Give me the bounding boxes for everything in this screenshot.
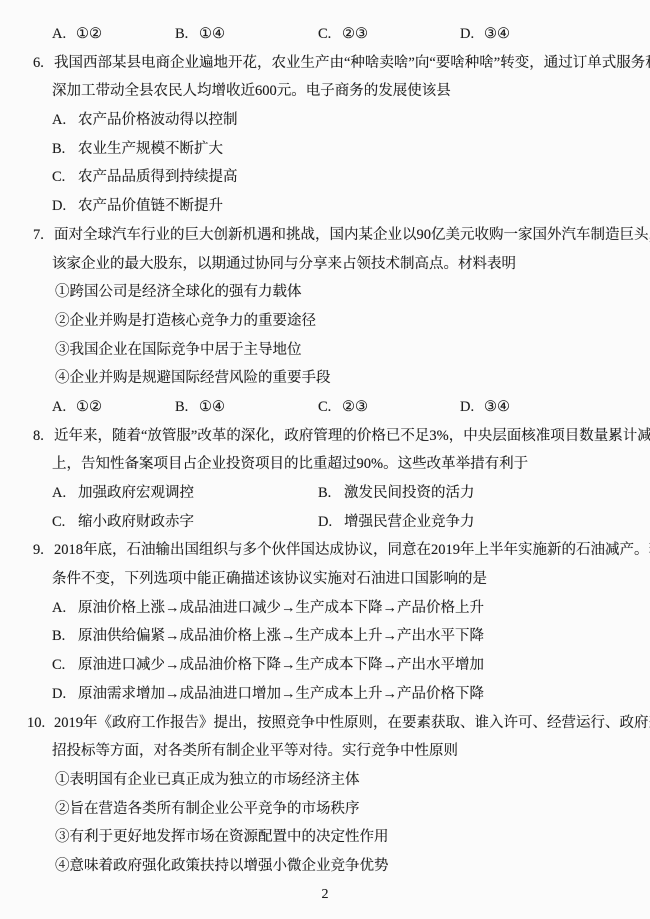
choice-value: ②③	[342, 26, 368, 42]
option-text: 加强政府宏观调控	[78, 485, 194, 501]
option-label: B.	[52, 135, 78, 164]
question-7-stem-line-1: 7.面对全球汽车行业的巨大创新机遇和挑战，国内某企业以90亿美元收购一家国外汽车…	[0, 221, 650, 250]
statement-text: ③有利于更好地发挥市场在资源配置中的决定性作用	[55, 829, 389, 845]
option-text: 农产品价格波动得以控制	[78, 112, 238, 128]
option-text: 原油价格上涨→成品油进口减少→生产成本下降→产品价格上升	[78, 600, 484, 616]
question-10-statement-4: ④意味着政府强化政策扶持以增强小微企业竞争优势	[0, 852, 650, 881]
question-7-statement-3: ③我国企业在国际竞争中居于主导地位	[0, 336, 650, 365]
question-10-number: 10.	[27, 709, 54, 738]
choice-value: ①②	[76, 26, 102, 42]
option-text: 农产品品质得到持续提高	[78, 169, 238, 185]
option-label: A.	[52, 594, 78, 623]
question-6-option-d: D.农产品价值链不断提升	[0, 192, 650, 221]
option-text: 原油进口减少→成品油价格下降→生产成本下降→产出水平增加	[78, 657, 484, 673]
question-8-stem-line-2: 上，告知性备案项目占企业投资项目的比重超过90%。这些改革举措有利于	[0, 450, 650, 479]
answer-choice-a: A.①②	[52, 20, 102, 49]
question-6-option-b: B.农业生产规模不断扩大	[0, 135, 650, 164]
question-8-option-c: C.缩小政府财政赤字	[52, 508, 194, 537]
answer-choice-c: C.②③	[318, 393, 368, 422]
answer-choice-b: B.①④	[175, 20, 225, 49]
question-7-stem-line-2: 该家企业的最大股东，以期通过协同与分享来占领技术制高点。材料表明	[0, 250, 650, 279]
question-7-statement-2: ②企业并购是打造核心竞争力的重要途径	[0, 307, 650, 336]
question-6-option-a: A.农产品价格波动得以控制	[0, 106, 650, 135]
question-10-stem-text: 招投标等方面，对各类所有制企业平等对待。实行竞争中性原则	[52, 743, 458, 759]
page-number: 2	[0, 883, 650, 907]
option-label: A.	[52, 106, 78, 135]
question-7-stem-text: 该家企业的最大股东，以期通过协同与分享来占领技术制高点。材料表明	[52, 256, 516, 272]
question-6-option-c: C.农产品品质得到持续提高	[0, 163, 650, 192]
choice-value: ③④	[484, 26, 510, 42]
question-6-number: 6.	[33, 49, 54, 78]
statement-text: ①表明国有企业已真正成为独立的市场经济主体	[55, 772, 360, 788]
option-label: B.	[52, 622, 78, 651]
choice-label: C.	[318, 393, 342, 422]
choice-value: ①②	[76, 399, 102, 415]
statement-text: ①跨国公司是经济全球化的强有力载体	[55, 284, 302, 300]
question-8-options-row-1: A.加强政府宏观调控 B.激发民间投资的活力	[0, 479, 650, 508]
choice-label: B.	[175, 20, 199, 49]
question-7-statement-1: ①跨国公司是经济全球化的强有力载体	[0, 278, 650, 307]
question-7-stem-text: 面对全球汽车行业的巨大创新机遇和挑战，国内某企业以90亿美元收购一家国外汽车制造…	[54, 227, 650, 243]
question-7-number: 7.	[33, 221, 54, 250]
option-label: A.	[52, 479, 78, 508]
question-6-stem-line-2: 深加工带动全县农民人均增收近600元。电子商务的发展使该县	[0, 77, 650, 106]
statement-text: ②旨在营造各类所有制企业公平竞争的市场秩序	[55, 801, 360, 817]
question-9-stem-line-2: 条件不变，下列选项中能正确描述该协议实施对石油进口国影响的是	[0, 565, 650, 594]
question-8-stem-text: 近年来，随着“放管服”改革的深化，政府管理的价格已不足3%，中央层面核准项目数量…	[54, 428, 650, 444]
option-text: 激发民间投资的活力	[344, 485, 475, 501]
statement-text: ④意味着政府强化政策扶持以增强小微企业竞争优势	[55, 858, 389, 874]
question-6-stem-text: 深加工带动全县农民人均增收近600元。电子商务的发展使该县	[52, 83, 451, 99]
question-9-stem-text: 条件不变，下列选项中能正确描述该协议实施对石油进口国影响的是	[52, 571, 487, 587]
choice-label: D.	[460, 20, 484, 49]
question-8-number: 8.	[33, 422, 54, 451]
question-10-statement-3: ③有利于更好地发挥市场在资源配置中的决定性作用	[0, 823, 650, 852]
option-label: C.	[52, 508, 78, 537]
choice-label: D.	[460, 393, 484, 422]
option-text: 缩小政府财政赤字	[78, 514, 194, 530]
statement-text: ③我国企业在国际竞争中居于主导地位	[55, 342, 302, 358]
question-9-stem-text: 2018年底，石油输出国组织与多个伙伴国达成协议，同意在2019年上半年实施新的…	[54, 542, 650, 558]
choice-label: C.	[318, 20, 342, 49]
choice-label: A.	[52, 393, 76, 422]
option-text: 原油供给偏紧→成品油价格上涨→生产成本上升→产出水平下降	[78, 628, 484, 644]
answer-choice-d: D.③④	[460, 393, 510, 422]
statement-text: ④企业并购是规避国际经营风险的重要手段	[55, 370, 331, 386]
answer-choice-c: C.②③	[318, 20, 368, 49]
answer-choice-d: D.③④	[460, 20, 510, 49]
option-text: 农业生产规模不断扩大	[78, 141, 223, 157]
question-10-stem-line-1: 10.2019年《政府工作报告》提出，按照竞争中性原则，在要素获取、谁入许可、经…	[0, 709, 650, 738]
question-10-stem-text: 2019年《政府工作报告》提出，按照竞争中性原则，在要素获取、谁入许可、经营运行…	[54, 715, 650, 731]
option-label: C.	[52, 651, 78, 680]
question-10-stem-line-2: 招投标等方面，对各类所有制企业平等对待。实行竞争中性原则	[0, 737, 650, 766]
statement-text: ②企业并购是打造核心竞争力的重要途径	[55, 313, 316, 329]
choice-value: ①④	[199, 399, 225, 415]
option-label: D.	[318, 508, 344, 537]
option-label: D.	[52, 192, 78, 221]
question-8-stem-text: 上，告知性备案项目占企业投资项目的比重超过90%。这些改革举措有利于	[52, 456, 528, 472]
question-8-option-d: D.增强民营企业竞争力	[318, 508, 475, 537]
choice-value: ①④	[199, 26, 225, 42]
choice-value: ③④	[484, 399, 510, 415]
question-9-stem-line-1: 9.2018年底，石油输出国组织与多个伙伴国达成协议，同意在2019年上半年实施…	[0, 536, 650, 565]
question-10-statement-2: ②旨在营造各类所有制企业公平竞争的市场秩序	[0, 795, 650, 824]
option-label: C.	[52, 163, 78, 192]
answer-choice-a: A.①②	[52, 393, 102, 422]
question-10-statement-1: ①表明国有企业已真正成为独立的市场经济主体	[0, 766, 650, 795]
question-8-options-row-2: C.缩小政府财政赤字 D.增强民营企业竞争力	[0, 508, 650, 537]
question-8-option-b: B.激发民间投资的活力	[318, 479, 475, 508]
question-7-answer-row: A.①② B.①④ C.②③ D.③④	[0, 393, 650, 422]
answer-row-prev-question: A.①② B.①④ C.②③ D.③④	[0, 20, 650, 49]
question-9-option-a: A.原油价格上涨→成品油进口减少→生产成本下降→产品价格上升	[0, 594, 650, 623]
option-text: 农产品价值链不断提升	[78, 198, 223, 214]
question-6-stem-line-1: 6.我国西部某县电商企业遍地开花，农业生产由“种啥卖啥”向“要啥种啥”转变，通过…	[0, 49, 650, 78]
choice-label: A.	[52, 20, 76, 49]
option-label: D.	[52, 680, 78, 709]
question-9-option-d: D.原油需求增加→成品油进口增加→生产成本上升→产品价格下降	[0, 680, 650, 709]
question-6-stem-text: 我国西部某县电商企业遍地开花，农业生产由“种啥卖啥”向“要啥种啥”转变，通过订单…	[54, 55, 650, 71]
question-8-stem-line-1: 8.近年来，随着“放管服”改革的深化，政府管理的价格已不足3%，中央层面核准项目…	[0, 422, 650, 451]
option-text: 增强民营企业竞争力	[344, 514, 475, 530]
question-9-option-b: B.原油供给偏紧→成品油价格上涨→生产成本上升→产出水平下降	[0, 622, 650, 651]
option-text: 原油需求增加→成品油进口增加→生产成本上升→产品价格下降	[78, 686, 484, 702]
exam-page: A.①② B.①④ C.②③ D.③④ 6.我国西部某县电商企业遍地开花，农业生…	[0, 0, 650, 919]
question-9-option-c: C.原油进口减少→成品油价格下降→生产成本下降→产出水平增加	[0, 651, 650, 680]
choice-label: B.	[175, 393, 199, 422]
question-9-number: 9.	[33, 536, 54, 565]
option-label: B.	[318, 479, 344, 508]
choice-value: ②③	[342, 399, 368, 415]
question-8-option-a: A.加强政府宏观调控	[52, 479, 194, 508]
question-7-statement-4: ④企业并购是规避国际经营风险的重要手段	[0, 364, 650, 393]
answer-choice-b: B.①④	[175, 393, 225, 422]
